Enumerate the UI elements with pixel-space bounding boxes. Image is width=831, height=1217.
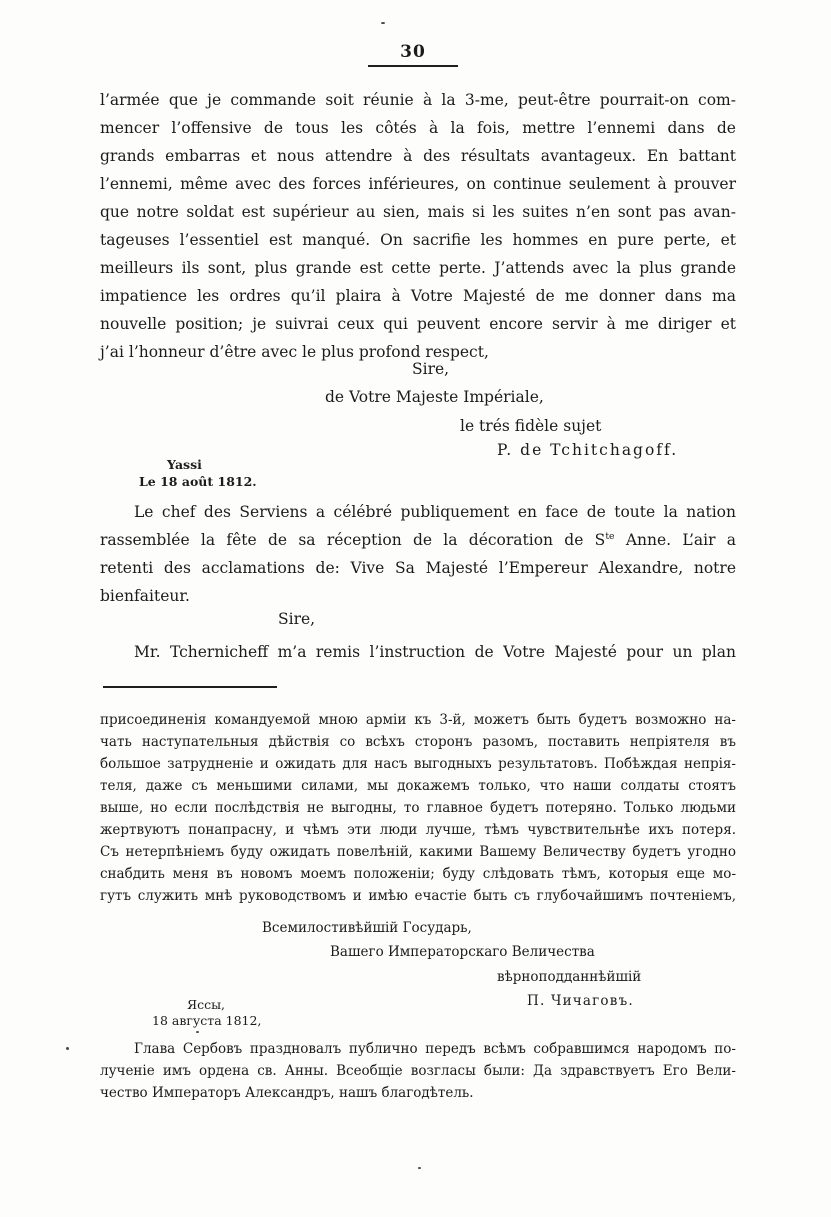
french-paragraph-1: l’armée que je commande soit réunie à la… [100,86,736,366]
paragraph-line: чать наступательныя дѣйствія со всѣхъ ст… [100,731,736,753]
paragraph-line: bienfaiteur. [100,582,736,610]
paragraph-line: meilleurs ils sont, plus grande est cett… [100,254,736,282]
salutation-sire: Sire, [412,360,449,378]
footnote-paragraph-1: присоединенія командуемой мною арміи къ … [100,709,736,907]
line-text: Anne. L’air a [615,531,736,549]
dateline-place-french: Yassi [167,457,202,472]
paragraph-line: mencer l’offensive de tous les côtés à l… [100,114,736,142]
scanned-book-page: 30 l’armée que je commande soit réunie à… [0,0,831,1217]
page-number: 30 [400,42,426,62]
dateline-date-russian: 18 августа 1812, [152,1013,261,1028]
footnote-paragraph-2: Глава Сербовъ праздновалъ публично перед… [100,1038,736,1104]
closing-vernopoddanneyshiy: вѣрноподданнѣйшій [497,969,641,985]
paragraph-line: nouvelle position; je suivrai ceux qui p… [100,310,736,338]
paragraph-line: присоединенія командуемой мною арміи къ … [100,709,736,731]
dateline-date-french: Le 18 août 1812. [139,474,257,489]
paragraph-line: retenti des acclamations de: Vive Sa Maj… [100,554,736,582]
paragraph-line: rassemblée la fête de sa réception de la… [100,526,736,554]
paragraph-line: лученіе имъ ордена св. Анны. Всеобщіе во… [100,1060,736,1082]
closing-majeste: de Votre Majeste Impériale, [325,388,544,406]
paragraph-line: l’ennemi, même avec des forces inférieur… [100,170,736,198]
dateline-place-russian: Яссы, [187,997,225,1012]
paragraph-line: Съ нетерпѣніемъ буду ожидать повелѣній, … [100,841,736,863]
ink-speck [196,1031,199,1033]
paragraph-line: que notre soldat est supérieur au sien, … [100,198,736,226]
page-header: 30 [368,42,458,67]
signature-russian: П. Чичаговъ. [527,993,634,1009]
footnote-separator-rule [103,686,277,688]
french-paragraph-2: Le chef des Serviens a célébré publiquem… [100,498,736,610]
paragraph-line: чество Императоръ Александръ, нашъ благо… [100,1082,736,1104]
paragraph-line: l’armée que je commande soit réunie à la… [100,86,736,114]
closing-gosudar: Всемилостивѣйшій Государь, [262,920,472,936]
line-text: rassemblée la fête de sa réception de la… [100,531,605,549]
paragraph-line: Mr. Tchernicheff m’a remis l’instruction… [100,638,736,666]
paragraph-line: большое затрудненіе и ожидать для насъ в… [100,753,736,775]
paragraph-line: теля, даже съ меньшими силами, мы докаже… [100,775,736,797]
paragraph-line: жертвуютъ понапрасну, и чѣмъ эти люди лу… [100,819,736,841]
french-paragraph-3: Mr. Tchernicheff m’a remis l’instruction… [100,638,736,666]
paragraph-line: выше, но если послѣдствія не выгодны, то… [100,797,736,819]
paragraph-line: Глава Сербовъ праздновалъ публично перед… [100,1038,736,1060]
signature-french: P. de Tchitchagoff. [497,441,678,459]
paragraph-line: impatience les ordres qu’il plaira à Vot… [100,282,736,310]
closing-sujet: le trés fidèle sujet [460,417,601,435]
closing-velichestva: Вашего Императорскаго Величества [330,944,595,960]
ink-speck [66,1047,69,1050]
ink-speck [418,1167,421,1169]
paragraph-line: tageuses l’essentiel est manqué. On sacr… [100,226,736,254]
ink-speck [381,22,385,24]
paragraph-line: grands embarras et nous attendre à des r… [100,142,736,170]
salutation-sire-2: Sire, [278,610,315,628]
paragraph-line: Le chef des Serviens a célébré publiquem… [100,498,736,526]
superscript-te: te [605,531,614,542]
paragraph-line: снабдить меня въ новомъ моемъ положеніи;… [100,863,736,885]
paragraph-line: гутъ служить мнѣ руководствомъ и имѣю еч… [100,885,736,907]
